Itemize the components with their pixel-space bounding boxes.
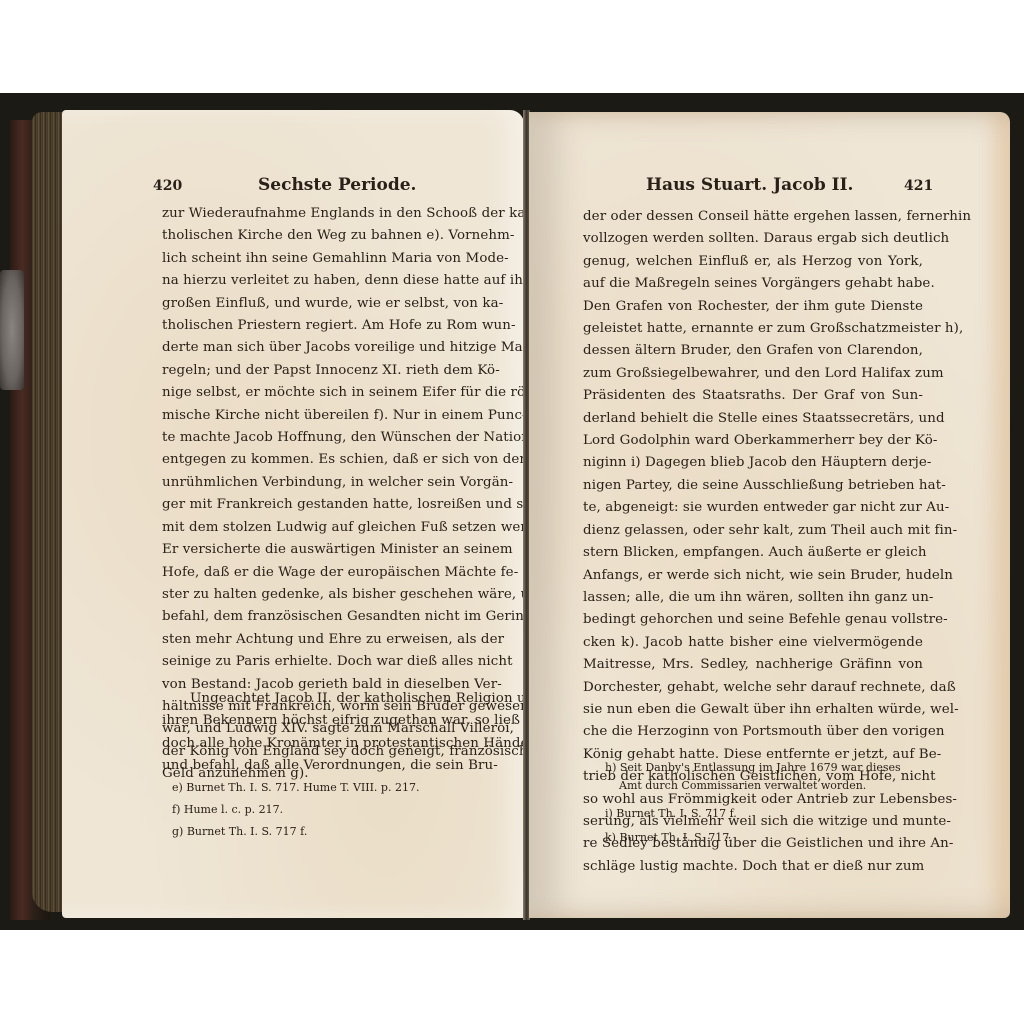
text-line: geleistet hatte, ernannte er zum Großsch… (583, 318, 923, 340)
text-line: bedingt gehorchen und seine Befehle gena… (583, 609, 923, 631)
text-line: na hierzu verleitet zu haben, denn diese… (162, 270, 487, 292)
left-page-number: 420 (153, 178, 182, 194)
left-running-head: Sechste Periode. (258, 175, 416, 195)
text-line: Anfangs, er werde sich nicht, wie sein B… (583, 565, 923, 587)
footnote-g: g) Burnet Th. I. S. 717 f. (172, 821, 482, 843)
text-line: dessen ältern Bruder, den Grafen von Cla… (583, 340, 923, 362)
text-line: dienz gelassen, oder sehr kalt, zum Thei… (583, 520, 923, 542)
text-line: doch alle hohe Kronämter in protestantis… (162, 733, 487, 755)
text-line: sie nun eben die Gewalt über ihn erhalte… (583, 699, 923, 721)
text-line: Maitresse, Mrs. Sedley, nachherige Gräfi… (583, 654, 923, 676)
text-line: zum Großsiegelbewahrer, und den Lord Hal… (583, 363, 923, 385)
text-line: ger mit Frankreich gestanden hatte, losr… (162, 494, 487, 516)
text-line: nige selbst, er möchte sich in seinem Ei… (162, 382, 487, 404)
right-footnotes: h) Seit Danby's Entlassung im Jahre 1679… (605, 759, 905, 847)
text-line: ihren Bekennern höchst eifrig zugethan w… (162, 710, 487, 732)
text-line: unrühmlichen Verbindung, in welcher sein… (162, 472, 487, 494)
page-edges (32, 112, 62, 912)
text-line: befahl, dem französischen Gesandten nich… (162, 606, 487, 628)
text-line: tholischen Kirche den Weg zu bahnen e). … (162, 225, 487, 247)
right-running-head: Haus Stuart. Jacob II. (646, 175, 853, 195)
text-line: Er versicherte die auswärtigen Minister … (162, 539, 487, 561)
footnote-i: i) Burnet Th. I. S. 717 f. (605, 805, 905, 823)
text-line: lich scheint ihn seine Gemahlinn Maria v… (162, 248, 487, 270)
text-line: derland behielt die Stelle eines Staatss… (583, 408, 923, 430)
text-line: ster zu halten gedenke, als bisher gesch… (162, 584, 487, 606)
footnote-k: k) Burnet Th. I. S. 717. (605, 829, 905, 847)
text-line: Lord Godolphin ward Oberkammerherr bey d… (583, 430, 923, 452)
text-line: te machte Jacob Hoffnung, den Wünschen d… (162, 427, 487, 449)
right-page-number: 421 (904, 178, 933, 194)
text-line: tholischen Priestern regiert. Am Hofe zu… (162, 315, 487, 337)
text-line: te, abgeneigt: sie wurden entweder gar n… (583, 497, 923, 519)
left-paragraph-2: Ungeachtet Jacob II. der katholischen Re… (162, 688, 487, 778)
footnote-h-cont: Amt durch Commissarien verwaltet worden. (605, 777, 905, 795)
text-line: seinige zu Paris erhielte. Doch war dieß… (162, 651, 487, 673)
text-line: schläge lustig machte. Doch that er dieß… (583, 856, 923, 878)
footnote-f: f) Hume l. c. p. 217. (172, 799, 482, 821)
text-line: nigen Partey, die seine Ausschließung be… (583, 475, 923, 497)
text-line: mische Kirche nicht übereilen f). Nur in… (162, 405, 487, 427)
text-line: Dorchester, gehabt, welche sehr darauf r… (583, 677, 923, 699)
text-line: der oder dessen Conseil hätte ergehen la… (583, 206, 923, 228)
text-line: Ungeachtet Jacob II. der katholischen Re… (162, 688, 487, 710)
text-line: che die Herzoginn von Portsmouth über de… (583, 721, 923, 743)
text-line: vollzogen werden sollten. Daraus ergab s… (583, 228, 923, 250)
left-footnotes: e) Burnet Th. I. S. 717. Hume T. VIII. p… (172, 777, 482, 843)
text-line: stern Blicken, empfangen. Auch äußerte e… (583, 542, 923, 564)
text-line: Präsidenten des Staatsraths. Der Graf vo… (583, 385, 923, 407)
text-line: Den Grafen von Rochester, der ihm gute D… (583, 296, 923, 318)
footnote-h: h) Seit Danby's Entlassung im Jahre 1679… (605, 759, 905, 777)
text-line: regeln; und der Papst Innocenz XI. rieth… (162, 360, 487, 382)
footnote-e: e) Burnet Th. I. S. 717. Hume T. VIII. p… (172, 777, 482, 799)
text-line: mit dem stolzen Ludwig auf gleichen Fuß … (162, 517, 487, 539)
text-line: entgegen zu kommen. Es schien, daß er si… (162, 449, 487, 471)
text-line: Hofe, daß er die Wage der europäischen M… (162, 562, 487, 584)
cloth-patch (0, 270, 24, 390)
text-line: zur Wiederaufnahme Englands in den Schoo… (162, 203, 487, 225)
text-line: großen Einfluß, und wurde, wie er selbst… (162, 293, 487, 315)
text-line: derte man sich über Jacobs voreilige und… (162, 337, 487, 359)
text-line: lassen; alle, die um ihn wären, sollten … (583, 587, 923, 609)
text-line: niginn i) Dagegen blieb Jacob den Häupte… (583, 452, 923, 474)
text-line: sten mehr Achtung und Ehre zu erweisen, … (162, 629, 487, 651)
text-line: auf die Maßregeln seines Vorgängers geha… (583, 273, 923, 295)
text-line: und befahl, daß alle Verordnungen, die s… (162, 755, 487, 777)
text-line: genug, welchen Einfluß er, als Herzog vo… (583, 251, 923, 273)
text-line: cken k). Jacob hatte bisher eine vielver… (583, 632, 923, 654)
